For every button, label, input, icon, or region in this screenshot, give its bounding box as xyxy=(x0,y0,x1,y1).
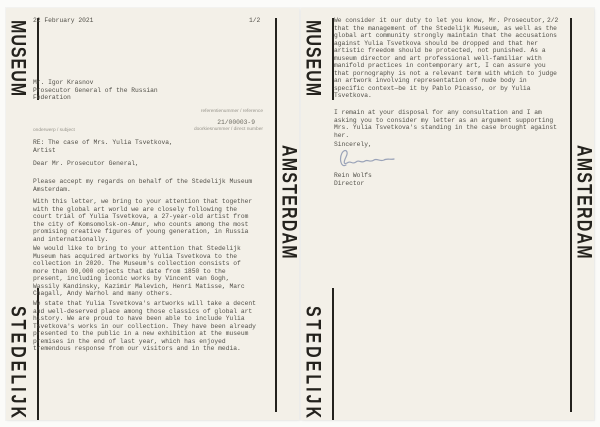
logo-museum-vertical: MUSEUM xyxy=(5,20,29,97)
letter-page-1: MUSEUM STEDELIJK AMSTERDAM 22 February 2… xyxy=(6,8,299,420)
subject-label: onderwerp / subject xyxy=(33,128,75,134)
logo-stedelijk-vertical: STEDELIJK xyxy=(300,306,324,421)
body-paragraph: We would like to bring to your attention… xyxy=(33,245,256,298)
subject-text: Artist xyxy=(33,147,173,155)
body-paragraph: We consider it our duty to let you know,… xyxy=(334,17,557,100)
reference-block: referentienummer / reference 21/00003-9 … xyxy=(194,109,263,133)
recipient-line: Prosecutor General of the Russian xyxy=(33,87,158,95)
subject-text: RE: The case of Mrs. Yulia Tsvetkova, xyxy=(33,139,173,147)
reference-number: 21/00003-9 xyxy=(194,119,255,126)
recipient-line: Mr. Igor Krasnov xyxy=(33,79,158,87)
logo-museum-vertical: MUSEUM xyxy=(300,20,324,97)
signer-title: Director xyxy=(334,180,372,188)
body-paragraph: I remain at your disposal for any consul… xyxy=(334,109,557,139)
page-number: 1/2 xyxy=(249,17,260,25)
subject-line: RE: The case of Mrs. Yulia Tsvetkova, Ar… xyxy=(33,139,173,154)
logo-amsterdam-vertical: AMSTERDAM xyxy=(276,145,300,260)
logo-rule-stedelijk xyxy=(332,288,334,420)
direct-number-label: doorkiesnummer / direct number xyxy=(194,127,263,133)
body-paragraph: With this letter, we bring to your atten… xyxy=(33,198,256,243)
salutation: Dear Mr. Prosecutor General, xyxy=(33,160,139,168)
body-paragraph: We state that Yulia Tsvetkova's artworks… xyxy=(33,300,256,353)
signer-name: Rein Wolfs xyxy=(334,172,372,180)
signature-block: Rein Wolfs Director xyxy=(334,172,372,187)
logo-stedelijk-vertical: STEDELIJK xyxy=(5,306,29,421)
letter-date: 22 February 2021 xyxy=(33,17,93,25)
logo-amsterdam-vertical: AMSTERDAM xyxy=(571,145,595,260)
handwritten-signature xyxy=(336,147,400,171)
body-paragraph: Please accept my regards on behalf of th… xyxy=(33,178,256,193)
recipient-address: Mr. Igor Krasnov Prosecutor General of t… xyxy=(33,79,158,102)
reference-label: referentienummer / reference xyxy=(194,109,263,115)
recipient-line: Federation xyxy=(33,94,158,102)
letter-spread: MUSEUM STEDELIJK AMSTERDAM 22 February 2… xyxy=(0,0,600,427)
letter-page-2: MUSEUM STEDELIJK AMSTERDAM 2/2 We consid… xyxy=(301,8,594,420)
